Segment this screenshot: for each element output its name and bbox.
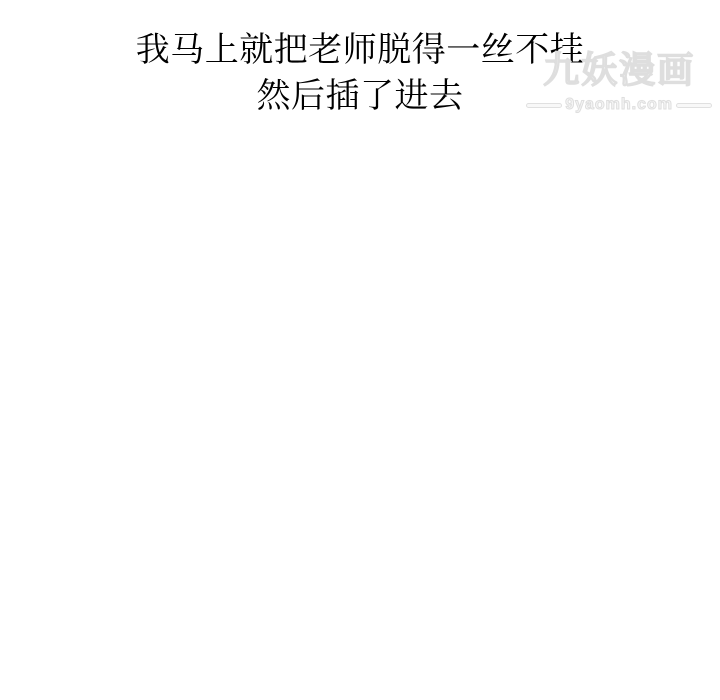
- site-watermark: 九妖漫画 9yaomh.com: [526, 52, 712, 114]
- watermark-site-name: 九妖漫画: [526, 52, 712, 88]
- watermark-dash-left: [526, 103, 562, 108]
- watermark-dash-right: [676, 103, 712, 108]
- watermark-url-row: 9yaomh.com: [526, 96, 712, 114]
- watermark-site-url: 9yaomh.com: [565, 96, 673, 114]
- comic-page: 我马上就把老师脱得一丝不挂 然后插了进去 九妖漫画 9yaomh.com: [0, 0, 720, 700]
